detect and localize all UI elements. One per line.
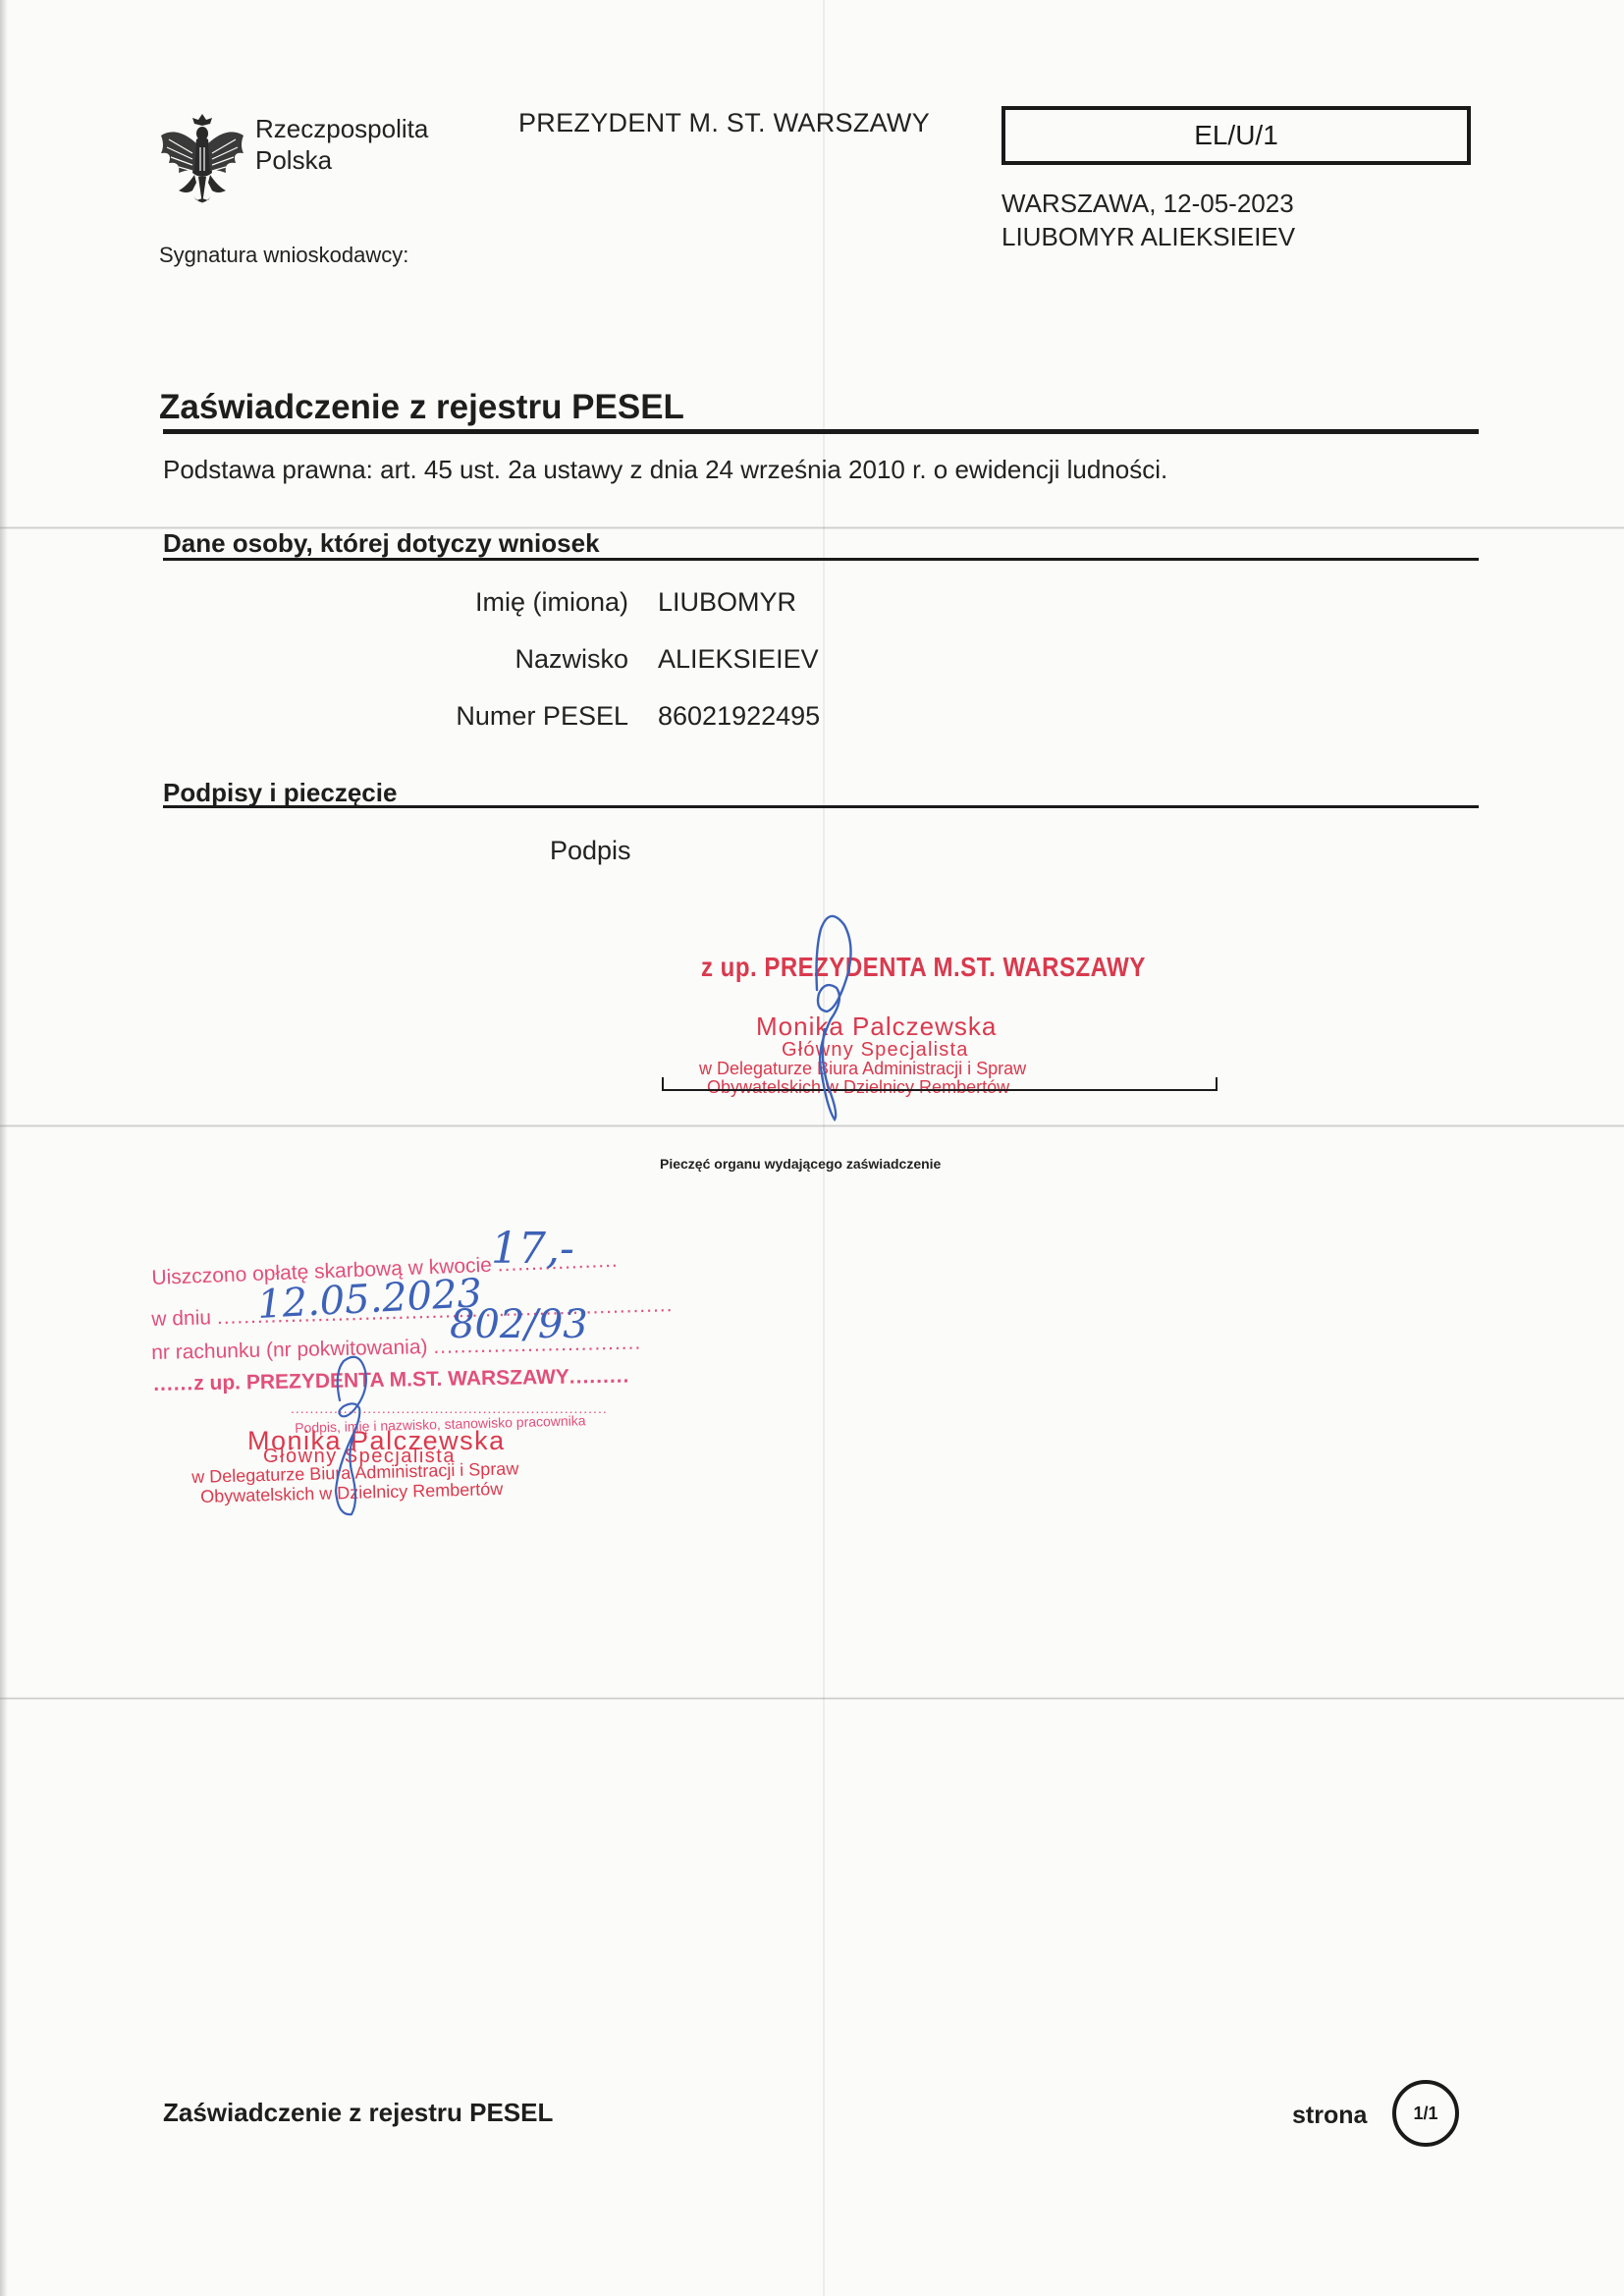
- fee-receipt-handwritten: 802/93: [450, 1302, 588, 1347]
- country-line-2: Polska: [255, 144, 428, 176]
- page-number-badge: 1/1: [1392, 2080, 1459, 2147]
- place-and-date: WARSZAWA, 12-05-2023: [1001, 187, 1295, 220]
- dotted-fill: .........: [569, 1365, 630, 1389]
- field-value: 86021922495: [658, 701, 820, 732]
- issuing-authority: PREZYDENT M. ST. WARSZAWY: [518, 108, 930, 138]
- seal-caption: Pieczęć organu wydającego zaświadczenie: [660, 1156, 941, 1172]
- legal-basis: Podstawa prawna: art. 45 ust. 2a ustawy …: [163, 455, 1167, 485]
- paper-edge-shadow: [0, 0, 8, 2296]
- handwritten-signature: [756, 911, 874, 1132]
- signature-label: Podpis: [550, 836, 631, 866]
- fee-amount-handwritten: 17,-: [491, 1224, 574, 1274]
- signature-line: [662, 1077, 1218, 1091]
- document-title: Zaświadczenie z rejestru PESEL: [159, 388, 684, 427]
- field-label: Imię (imiona): [475, 587, 628, 618]
- footer-document-title: Zaświadczenie z rejestru PESEL: [163, 2098, 553, 2128]
- field-label: Numer PESEL: [456, 701, 628, 732]
- applicant-signature-label: Sygnatura wnioskodawcy:: [159, 243, 408, 268]
- person-section-divider: [163, 558, 1479, 561]
- country-line-1: Rzeczpospolita: [255, 113, 428, 144]
- signatures-section-divider: [163, 805, 1479, 808]
- field-value: LIUBOMYR: [658, 587, 796, 618]
- country-name: Rzeczpospolita Polska: [255, 113, 428, 176]
- addressee-name: LIUBOMYR ALIEKSIEIEV: [1001, 220, 1295, 253]
- title-divider: [163, 429, 1479, 434]
- fee-date-label: w dniu: [151, 1306, 211, 1331]
- field-value: ALIEKSIEIEV: [658, 644, 819, 675]
- paper-fold-vertical: [823, 0, 825, 2296]
- field-label: Nazwisko: [514, 644, 628, 675]
- paper-fold: [0, 1697, 1624, 1700]
- page-number: 1/1: [1413, 2104, 1437, 2124]
- dotted-fill: ......: [153, 1372, 193, 1395]
- form-code-box: EL/U/1: [1001, 106, 1471, 165]
- place-date-block: WARSZAWA, 12-05-2023 LIUBOMYR ALIEKSIEIE…: [1001, 187, 1295, 253]
- person-section-heading: Dane osoby, której dotyczy wniosek: [163, 528, 600, 559]
- form-code: EL/U/1: [1194, 120, 1278, 151]
- handwritten-signature: [306, 1353, 395, 1525]
- page-label: strona: [1292, 2102, 1367, 2130]
- signatures-section-heading: Podpisy i pieczęcie: [163, 778, 397, 808]
- polish-eagle-emblem-icon: [157, 112, 247, 210]
